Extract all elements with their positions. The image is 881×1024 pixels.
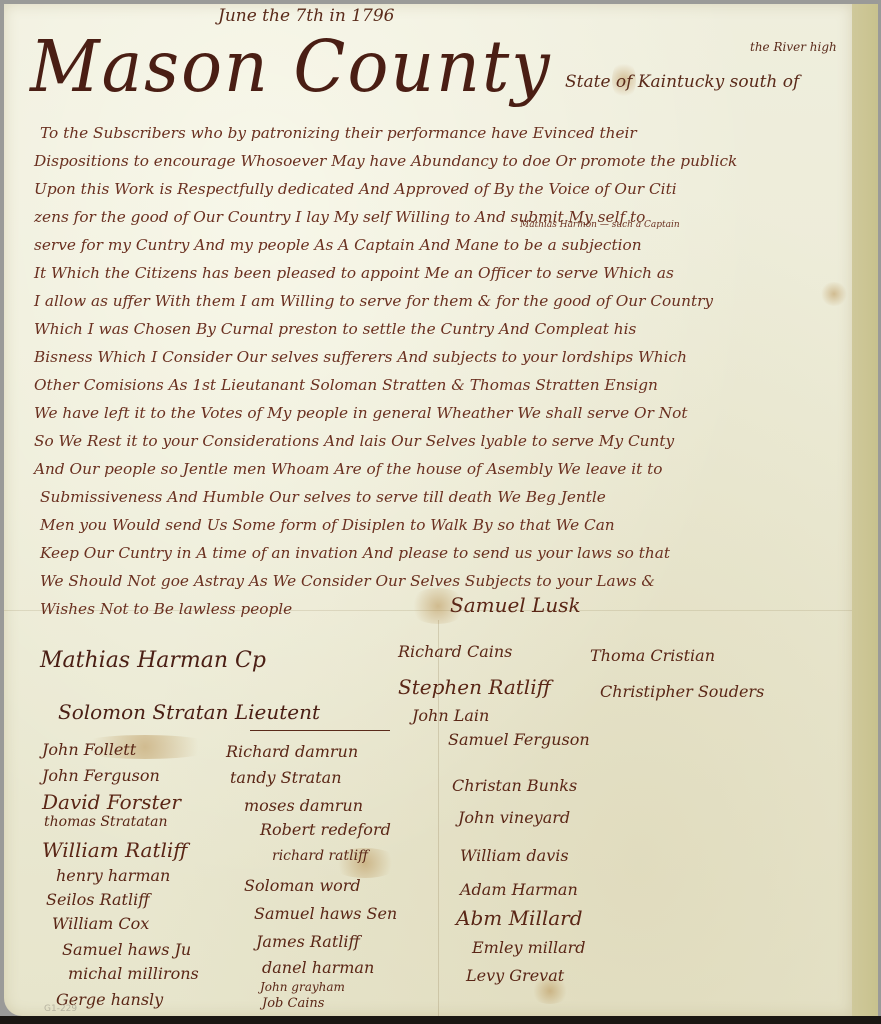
signature: David Forster xyxy=(42,790,181,814)
body-line: It Which the Citizens has been pleased t… xyxy=(34,264,674,282)
body-line: Other Comisions As 1st Lieutanant Soloma… xyxy=(34,376,658,394)
body-line: Upon this Work is Respectfully dedicated… xyxy=(34,180,677,198)
body-line: We have left it to the Votes of My peopl… xyxy=(34,404,688,422)
signature: John Ferguson xyxy=(42,766,160,785)
signature: tandy Stratan xyxy=(230,768,342,787)
signature: danel harman xyxy=(262,958,374,977)
body-line: Men you Would send Us Some form of Disip… xyxy=(40,516,615,534)
signature: Samuel Ferguson xyxy=(448,730,590,749)
catalog-number: G1-229 xyxy=(44,1004,77,1014)
signature: Abm Millard xyxy=(456,906,583,930)
body-line: Which I was Chosen By Curnal preston to … xyxy=(34,320,636,338)
signature: William davis xyxy=(460,846,569,865)
signature: James Ratliff xyxy=(256,932,360,951)
signature: michal millirons xyxy=(68,964,199,983)
signature: richard ratliff xyxy=(272,848,368,864)
signature-lieutenant: Solomon Stratan Lieutent xyxy=(58,700,320,724)
signature: Thoma Cristian xyxy=(590,646,715,665)
signature: moses damrun xyxy=(244,796,363,815)
signature: Emley millard xyxy=(472,938,586,957)
signature: thomas Stratatan xyxy=(44,814,168,830)
body-line: So We Rest it to your Considerations And… xyxy=(34,432,674,450)
signature: Levy Grevat xyxy=(466,966,564,985)
signature: Christipher Souders xyxy=(600,682,764,701)
document-title: Mason County xyxy=(30,26,552,109)
interlinear-note: Mathias Harmon — such a Captain xyxy=(520,220,680,230)
signature-captain: Mathias Harman Cp xyxy=(40,648,266,673)
closing-signature: Samuel Lusk xyxy=(450,593,581,617)
body-line: We Should Not goe Astray As We Consider … xyxy=(40,572,655,590)
paper-edge xyxy=(852,4,878,1016)
signature: henry harman xyxy=(56,866,170,885)
signature: Adam Harman xyxy=(460,880,578,899)
signature: John Lain xyxy=(412,706,489,725)
signature: Christan Bunks xyxy=(452,776,577,795)
signature: Seilos Ratliff xyxy=(46,890,150,909)
body-line: To the Subscribers who by patronizing th… xyxy=(40,124,637,142)
signature: Stephen Ratliff xyxy=(398,675,551,699)
document-date: June the 7th in 1796 xyxy=(218,6,394,26)
signature-underline xyxy=(250,730,390,731)
scan-bottom-edge xyxy=(0,1016,881,1024)
state-note: the River high xyxy=(750,40,837,54)
body-line: I allow as uffer With them I am Willing … xyxy=(34,292,713,310)
signature: Richard Cains xyxy=(398,642,512,661)
body-line: Wishes Not to Be lawless people xyxy=(40,600,292,618)
signature: Samuel haws Sen xyxy=(254,904,397,923)
signature: Robert redeford xyxy=(260,820,391,839)
body-line: Keep Our Cuntry in A time of an invation… xyxy=(40,544,670,562)
signature: John vineyard xyxy=(458,808,570,827)
body-line: serve for my Cuntry And my people As A C… xyxy=(34,236,642,254)
signature: John Follett xyxy=(42,740,136,759)
state-line: State of Kaintucky south of xyxy=(565,72,799,92)
signature: Samuel haws Ju xyxy=(62,940,191,959)
signature: John grayham xyxy=(260,980,345,994)
body-line: And Our people so Jentle men Whoam Are o… xyxy=(34,460,662,478)
body-line: Bisness Which I Consider Our selves suff… xyxy=(34,348,687,366)
signature: Richard damrun xyxy=(226,742,358,761)
signature: Soloman word xyxy=(244,876,361,895)
body-line: Submissiveness And Humble Our selves to … xyxy=(40,488,606,506)
ink-stain xyxy=(820,282,848,306)
signature: Job Cains xyxy=(262,996,324,1011)
signature: William Ratliff xyxy=(42,838,187,862)
body-line: Dispositions to encourage Whosoever May … xyxy=(34,152,737,170)
signature: William Cox xyxy=(52,914,149,933)
